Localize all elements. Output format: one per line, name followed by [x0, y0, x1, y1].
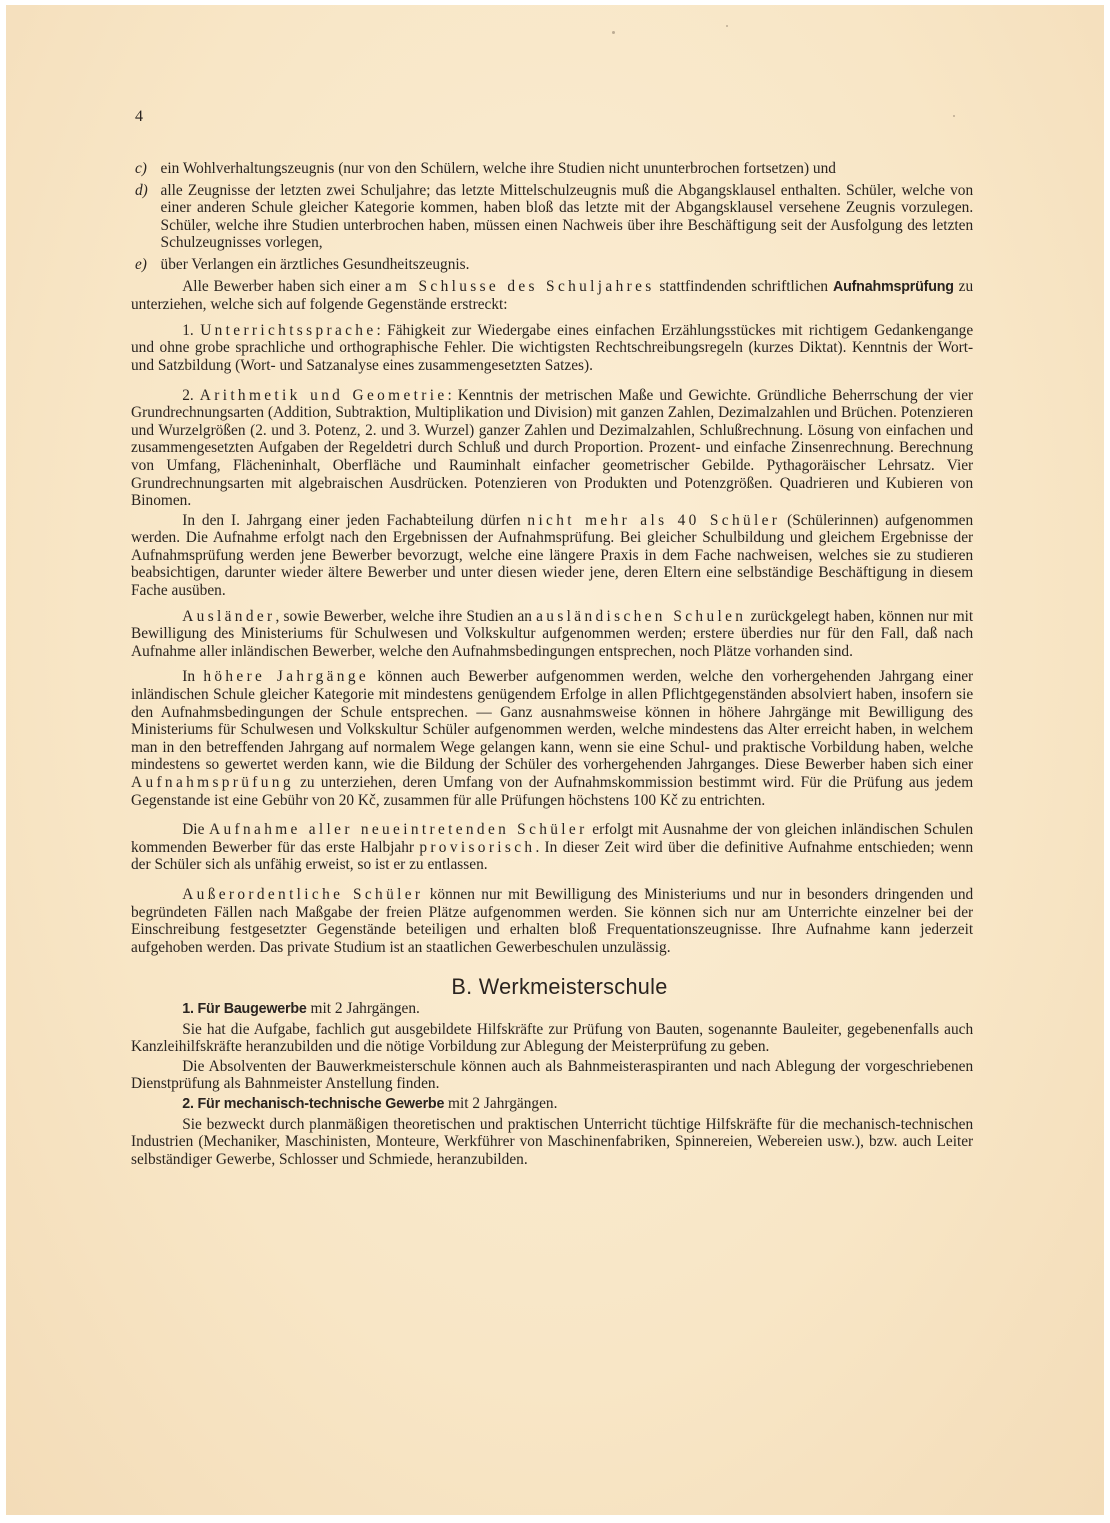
list-label: d) — [135, 182, 148, 200]
text-run: mit 2 Jahrgängen. — [307, 1000, 420, 1017]
scanned-page: 4 c) ein Wohlverhaltungszeugnis (nur von… — [6, 5, 1104, 1515]
text-run: Die — [182, 821, 209, 838]
paper-speck — [612, 31, 615, 34]
spaced-emphasis: höhere Jahrgänge — [203, 668, 369, 685]
subsection-heading-mechanisch: 2. Für mechanisch-technische Gewerbe mit… — [131, 1095, 973, 1114]
provisional-paragraph: Die Aufnahme aller neueintretenden Schül… — [131, 821, 973, 874]
text-run: Alle Bewerber haben sich einer — [182, 278, 385, 295]
list-text: alle Zeugnisse der letzten zwei Schuljah… — [161, 182, 974, 252]
subsection-heading-baugewerbe: 1. Für Baugewerbe mit 2 Jahrgängen. — [131, 1000, 973, 1019]
paper-speck — [953, 115, 955, 117]
spaced-emphasis: nicht mehr als 40 Schüler — [527, 512, 780, 529]
spaced-emphasis: Aufnahme aller neueintretenden Schüler — [209, 821, 587, 838]
first-year-paragraph: In den I. Jahrgang einer jeden Fachabtei… — [131, 512, 973, 600]
text-run: In — [182, 668, 203, 685]
text-run: stattfindenden schriftlichen — [655, 278, 833, 295]
section-heading: B. Werkmeisterschule — [131, 978, 973, 996]
subject-text: : Kenntnis der metrischen Maße und Gewic… — [131, 387, 973, 510]
foreigners-paragraph: Ausländer, sowie Bewerber, welche ihre S… — [131, 608, 973, 661]
subject-paragraph-math: 2. Arithmetik und Geometrie: Kenntnis de… — [131, 387, 973, 510]
document-body: c) ein Wohlverhaltungszeugnis (nur von d… — [131, 160, 973, 1170]
list-text: über Verlangen ein ärztliches Gesundheit… — [161, 256, 470, 273]
subject-paragraph-language: 1. Unterrichtssprache: Fähigkeit zur Wie… — [131, 322, 973, 375]
list-item-c: c) ein Wohlverhaltungszeugnis (nur von d… — [131, 160, 973, 178]
subsection-paragraph: Die Absolventen der Bauwerkmeisterschule… — [131, 1058, 973, 1093]
subject-name: Arithmetik und Geometrie — [200, 387, 448, 404]
bold-term: 1. Für Baugewerbe — [182, 1001, 306, 1017]
list-item-e: e) über Verlangen ein ärztliches Gesundh… — [131, 256, 973, 274]
subsection-paragraph: Sie bezweckt durch planmäßigen theoretis… — [131, 1116, 973, 1169]
text-run: , sowie Bewerber, welche ihre Studien an — [276, 608, 537, 625]
bold-term: 2. Für mechanisch-technische Gewerbe — [182, 1096, 444, 1112]
bold-term: Aufnahmsprüfung — [833, 279, 954, 295]
higher-years-paragraph: In höhere Jahrgänge können auch Bewerber… — [131, 668, 973, 809]
subsection-paragraph: Sie hat die Aufgabe, fachlich gut ausgeb… — [131, 1021, 973, 1056]
spaced-emphasis: Aufnahmsprüfung — [131, 774, 294, 791]
list-label: e) — [135, 256, 147, 274]
subject-number: 1. — [182, 322, 194, 339]
spaced-emphasis: ausländischen Schulen — [536, 608, 746, 625]
spaced-emphasis: Ausländer — [182, 608, 275, 625]
spaced-emphasis: provisorisch — [419, 839, 535, 856]
text-run: mit 2 Jahrgängen. — [444, 1095, 557, 1112]
list-item-d: d) alle Zeugnisse der letzten zwei Schul… — [131, 182, 973, 252]
subject-number: 2. — [182, 387, 194, 404]
text-run: In den I. Jahrgang einer jeden Fachabtei… — [182, 512, 527, 529]
spaced-emphasis: Außerordentliche Schüler — [182, 886, 423, 903]
extraordinary-paragraph: Außerordentliche Schüler können nur mit … — [131, 886, 973, 956]
paper-speck — [726, 25, 728, 27]
exam-intro-paragraph: Alle Bewerber haben sich einer am Schlus… — [131, 278, 973, 314]
spaced-emphasis: am Schlusse des Schuljahres — [385, 278, 655, 295]
page-number: 4 — [135, 108, 143, 126]
list-label: c) — [135, 160, 147, 178]
list-text: ein Wohlverhaltungszeugnis (nur von den … — [161, 160, 836, 177]
subject-name: Unterrichtssprache — [200, 322, 376, 339]
